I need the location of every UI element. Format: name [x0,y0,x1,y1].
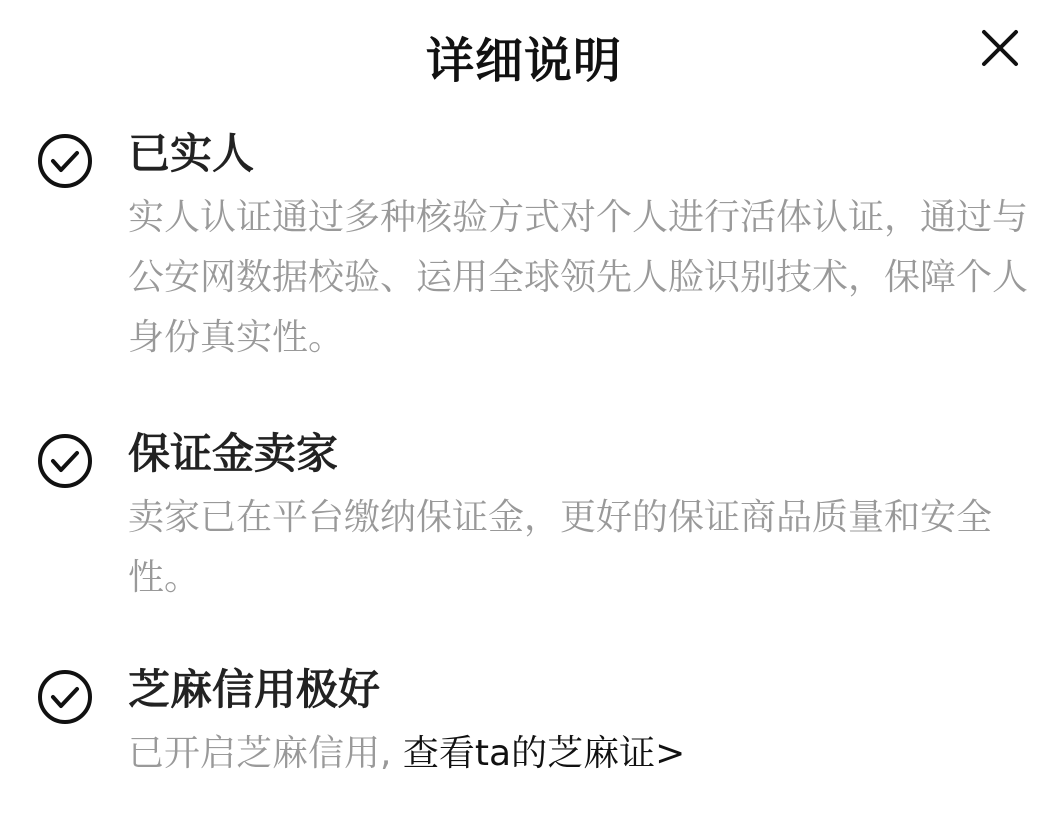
sesame-status-text: 已开启芝麻信用, [128,733,391,774]
item-title: 芝麻信用极好 [128,662,380,718]
check-circle-icon [36,432,94,490]
item-description: 实人认证通过多种核验方式对个人进行活体认证，通过与公安网数据校验、运用全球领先人… [128,188,1028,368]
item-description: 已开启芝麻信用, 查看ta的芝麻证> [128,724,1028,784]
close-icon [978,26,1022,70]
close-button[interactable] [978,26,1022,70]
check-circle-icon [36,668,94,726]
item-title: 已实人 [128,126,254,182]
view-sesame-certificate-link[interactable]: 查看ta的芝麻证> [403,733,685,774]
page-title: 详细说明 [0,22,1048,91]
item-title: 保证金卖家 [128,426,338,482]
check-circle-icon [36,132,94,190]
item-description: 卖家已在平台缴纳保证金，更好的保证商品质量和安全性。 [128,488,1028,608]
